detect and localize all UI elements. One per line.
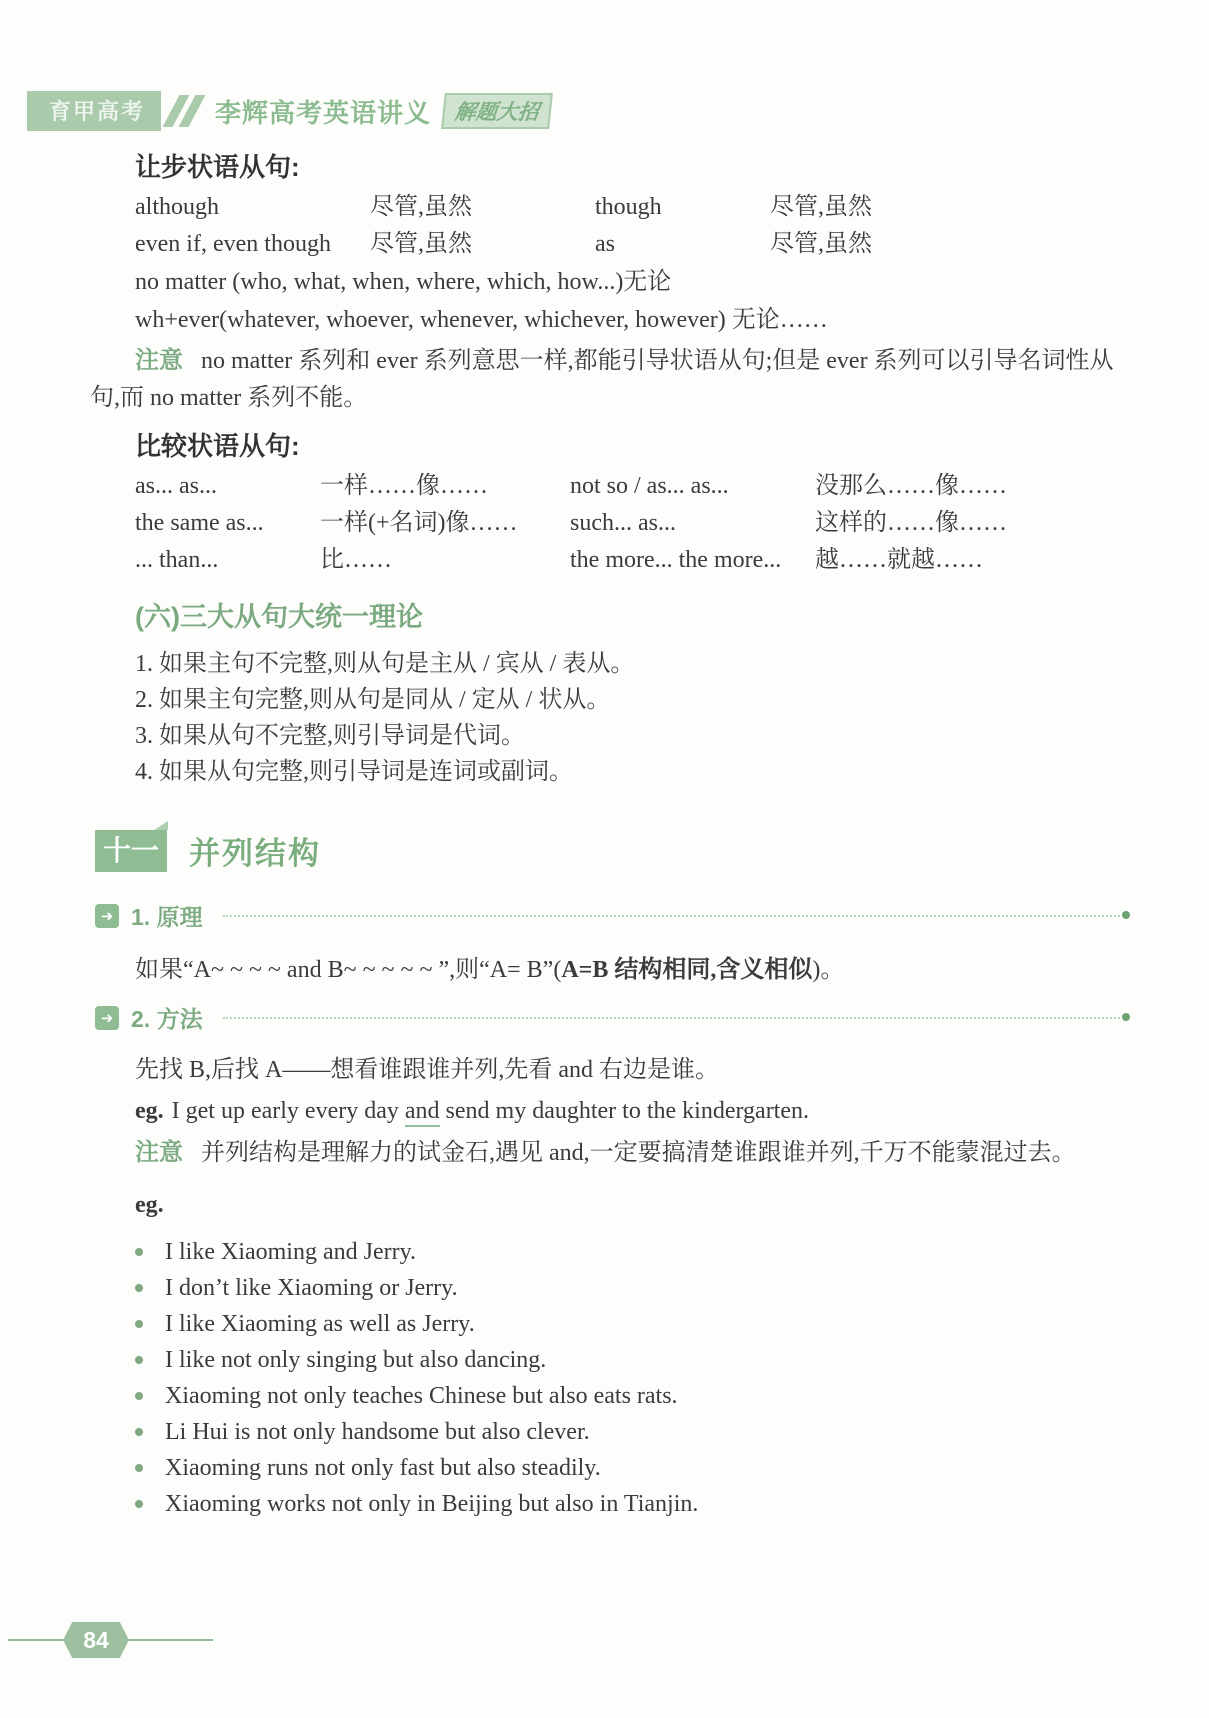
unify-theory-list: 1. 如果主句不完整,则从句是主从 / 宾从 / 表从。 2. 如果主句完整,则… bbox=[135, 646, 1130, 790]
bullet-icon bbox=[135, 1392, 143, 1400]
page-content: 让步状语从句: although 尽管,虽然 though 尽管,虽然 even… bbox=[90, 150, 1130, 1522]
comparative-table: as... as... 一样……像…… not so / as... as...… bbox=[135, 473, 1130, 574]
example-list: I like Xiaoming and Jerry. I don’t like … bbox=[135, 1234, 1130, 1522]
method-note: 注意并列结构是理解力的试金石,遇见 and,一定要搞清楚谁跟谁并列,千万不能蒙混… bbox=[90, 1134, 1130, 1172]
list-item: I like Xiaoming as well as Jerry. bbox=[135, 1306, 1130, 1342]
table-row: although 尽管,虽然 though 尽管,虽然 bbox=[135, 194, 1130, 221]
meaning: 尽管,虽然 bbox=[770, 194, 1130, 221]
example-text: Xiaoming runs not only fast but also ste… bbox=[165, 1450, 601, 1486]
term: even if, even though bbox=[135, 231, 370, 258]
meaning: 这样的……像…… bbox=[815, 510, 1130, 537]
unify-theory-heading: (六)三大从句大统一理论 bbox=[135, 600, 1130, 634]
table-row: as... as... 一样……像…… not so / as... as...… bbox=[135, 473, 1130, 500]
example-text: I don’t like Xiaoming or Jerry. bbox=[165, 1270, 458, 1306]
book-title: 李辉高考英语讲义 bbox=[215, 93, 431, 130]
note-label: 注意 bbox=[135, 1139, 183, 1166]
term: the same as... bbox=[135, 510, 320, 537]
list-item: Xiaoming works not only in Beijing but a… bbox=[135, 1486, 1130, 1522]
page-number-badge: 84 bbox=[63, 1622, 129, 1658]
comparative-heading: 比较状语从句: bbox=[135, 429, 1130, 463]
concessive-note: 注意no matter 系列和 ever 系列意思一样,都能引导状语从句;但是 … bbox=[90, 342, 1130, 417]
formula-pre: 如果“A~ ~ ~ ~ and B~ ~ ~ ~ ~ ”,则“A= B”( bbox=[135, 957, 561, 983]
term: such... as... bbox=[570, 510, 815, 537]
list-item: Li Hui is not only handsome but also cle… bbox=[135, 1414, 1130, 1450]
bullet-icon bbox=[135, 1500, 143, 1508]
textbook-page: 育甲高考 李辉高考英语讲义 解题大招 让步状语从句: although 尽管,虽… bbox=[0, 0, 1209, 1718]
bullet-icon bbox=[135, 1284, 143, 1292]
list-item: I like Xiaoming and Jerry. bbox=[135, 1234, 1130, 1270]
example-text: I like Xiaoming and Jerry. bbox=[165, 1234, 416, 1270]
eg-label: eg. bbox=[135, 1192, 164, 1218]
bullet-icon bbox=[135, 1428, 143, 1436]
examples-heading: eg. bbox=[135, 1190, 1130, 1220]
bullet-icon bbox=[135, 1356, 143, 1364]
table-row: ... than... 比…… the more... the more... … bbox=[135, 547, 1130, 574]
subsection-label: 1. 原理 bbox=[131, 899, 203, 932]
principle-formula: 如果“A~ ~ ~ ~ and B~ ~ ~ ~ ~ ”,则“A= B”(A=B… bbox=[90, 952, 1130, 989]
meaning: 越……就越…… bbox=[815, 547, 1130, 574]
example-sentence: eg.I get up early every day and send my … bbox=[135, 1096, 1130, 1126]
subsection-principle: ➜ 1. 原理 bbox=[95, 899, 1130, 932]
series-badge: 解题大招 bbox=[441, 93, 553, 129]
meaning: 尽管,虽然 bbox=[770, 231, 1130, 258]
list-item: I like not only singing but also dancing… bbox=[135, 1342, 1130, 1378]
list-item: I don’t like Xiaoming or Jerry. bbox=[135, 1270, 1130, 1306]
formula-bold: A=B 结构相同,含义相似 bbox=[561, 957, 812, 983]
list-item: Xiaoming runs not only fast but also ste… bbox=[135, 1450, 1130, 1486]
header-slashes-decoration bbox=[171, 95, 203, 127]
term: as... as... bbox=[135, 473, 320, 500]
list-item: Xiaoming not only teaches Chinese but al… bbox=[135, 1378, 1130, 1414]
eg-label: eg. bbox=[135, 1098, 164, 1124]
table-row: the same as... 一样(+名词)像…… such... as... … bbox=[135, 510, 1130, 537]
list-item: 4. 如果从句完整,则引导词是连词或副词。 bbox=[135, 754, 1130, 790]
dotted-rule-decoration bbox=[223, 1012, 1130, 1024]
meaning: 一样……像…… bbox=[320, 473, 570, 500]
no-matter-line: no matter (who, what, when, where, which… bbox=[135, 268, 1130, 296]
bullet-icon bbox=[135, 1464, 143, 1472]
meaning: 一样(+名词)像…… bbox=[320, 510, 570, 537]
example-text: Li Hui is not only handsome but also cle… bbox=[165, 1414, 590, 1450]
list-item: 1. 如果主句不完整,则从句是主从 / 宾从 / 表从。 bbox=[135, 646, 1130, 682]
note-text: 并列结构是理解力的试金石,遇见 and,一定要搞清楚谁跟谁并列,千万不能蒙混过去… bbox=[201, 1140, 1076, 1166]
example-text: I like Xiaoming as well as Jerry. bbox=[165, 1306, 475, 1342]
meaning: 比…… bbox=[320, 547, 570, 574]
eg-and-underlined: and bbox=[405, 1098, 440, 1127]
dotted-rule-decoration bbox=[223, 910, 1130, 922]
bullet-icon bbox=[135, 1320, 143, 1328]
example-text: Xiaoming not only teaches Chinese but al… bbox=[165, 1378, 678, 1414]
bullet-icon bbox=[135, 1248, 143, 1256]
list-item: 3. 如果从句不完整,则引导词是代词。 bbox=[135, 718, 1130, 754]
brand-logo: 育甲高考 bbox=[27, 91, 161, 131]
term: not so / as... as... bbox=[570, 473, 815, 500]
table-row: even if, even though 尽管,虽然 as 尽管,虽然 bbox=[135, 231, 1130, 258]
term: ... than... bbox=[135, 547, 320, 574]
concessive-table: although 尽管,虽然 though 尽管,虽然 even if, eve… bbox=[135, 194, 1130, 258]
concessive-heading: 让步状语从句: bbox=[135, 150, 1130, 184]
term: the more... the more... bbox=[570, 547, 815, 574]
note-text: no matter 系列和 ever 系列意思一样,都能引导状语从句;但是 ev… bbox=[90, 348, 1114, 411]
page-header: 育甲高考 李辉高考英语讲义 解题大招 bbox=[27, 93, 551, 129]
arrow-right-icon: ➜ bbox=[95, 1006, 119, 1030]
eg-post: send my daughter to the kindergarten. bbox=[440, 1098, 809, 1124]
eg-pre: I get up early every day bbox=[172, 1098, 405, 1124]
example-text: Xiaoming works not only in Beijing but a… bbox=[165, 1486, 698, 1522]
note-label: 注意 bbox=[135, 347, 183, 374]
term: though bbox=[595, 194, 770, 221]
subsection-label: 2. 方法 bbox=[131, 1001, 203, 1034]
wh-ever-line: wh+ever(whatever, whoever, whenever, whi… bbox=[135, 306, 1130, 334]
meaning: 尽管,虽然 bbox=[370, 231, 595, 258]
formula-post: )。 bbox=[812, 957, 844, 983]
arrow-right-icon: ➜ bbox=[95, 904, 119, 928]
example-text: I like not only singing but also dancing… bbox=[165, 1342, 546, 1378]
subsection-method: ➜ 2. 方法 bbox=[95, 1001, 1130, 1034]
meaning: 没那么……像…… bbox=[815, 473, 1130, 500]
section-banner: 十一 并列结构 bbox=[95, 828, 1130, 873]
section-title: 并列结构 bbox=[189, 828, 321, 873]
term: although bbox=[135, 194, 370, 221]
term: as bbox=[595, 231, 770, 258]
meaning: 尽管,虽然 bbox=[370, 194, 595, 221]
section-number-badge: 十一 bbox=[95, 830, 167, 872]
method-line: 先找 B,后找 A——想看谁跟谁并列,先看 and 右边是谁。 bbox=[135, 1056, 1130, 1084]
page-footer: 84 bbox=[8, 1622, 213, 1662]
list-item: 2. 如果主句完整,则从句是同从 / 定从 / 状从。 bbox=[135, 682, 1130, 718]
